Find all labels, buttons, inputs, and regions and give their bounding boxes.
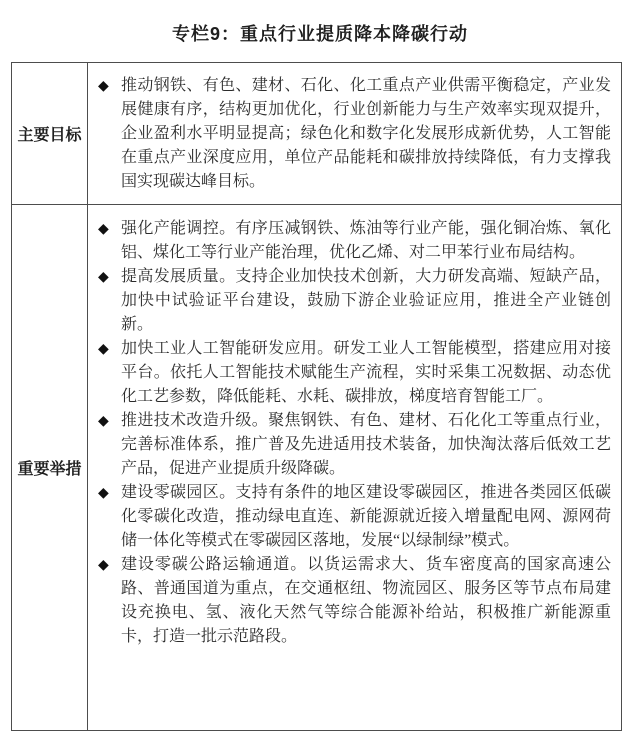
- key-measures-content: ◆ 强化产能调控。有序压减钢铁、炼油等行业产能，强化铜冶炼、氧化铝、煤化工等行业…: [88, 205, 621, 730]
- bullet-item: ◆ 强化产能调控。有序压减钢铁、炼油等行业产能，强化铜冶炼、氧化铝、煤化工等行业…: [88, 217, 621, 265]
- bullet-text: 推进技术改造升级。聚焦钢铁、有色、建材、石化化工等重点行业，完善标准体系，推广普…: [121, 409, 621, 481]
- diamond-bullet-icon: ◆: [88, 481, 121, 505]
- bullet-item: ◆ 建设零碳园区。支持有条件的地区建设零碳园区，推进各类园区低碳化零碳化改造，推…: [88, 481, 621, 553]
- bullet-text: 加快工业人工智能研发应用。研发工业人工智能模型，搭建应用对接平台。依托人工智能技…: [121, 337, 621, 409]
- bullet-item: ◆ 推动钢铁、有色、建材、石化、化工重点产业供需平衡稳定，产业发展健康有序，结构…: [88, 74, 621, 194]
- bullet-text: 推动钢铁、有色、建材、石化、化工重点产业供需平衡稳定，产业发展健康有序，结构更加…: [121, 74, 621, 194]
- diamond-bullet-icon: ◆: [88, 337, 121, 361]
- bullet-text: 建设零碳园区。支持有条件的地区建设零碳园区，推进各类园区低碳化零碳化改造，推动绿…: [121, 481, 621, 553]
- main-goals-content: ◆ 推动钢铁、有色、建材、石化、化工重点产业供需平衡稳定，产业发展健康有序，结构…: [88, 63, 621, 204]
- row-label: 重要举措: [17, 456, 81, 479]
- bullet-text: 提高发展质量。支持企业加快技术创新，大力研发高端、短缺产品，加快中试验证平台建设…: [121, 265, 621, 337]
- diamond-bullet-icon: ◆: [88, 553, 121, 577]
- table-row-key-measures: 重要举措 ◆ 强化产能调控。有序压减钢铁、炼油等行业产能，强化铜冶炼、氧化铝、煤…: [12, 204, 621, 730]
- bullet-item: ◆ 加快工业人工智能研发应用。研发工业人工智能模型，搭建应用对接平台。依托人工智…: [88, 337, 621, 409]
- bullet-item: ◆ 推进技术改造升级。聚焦钢铁、有色、建材、石化化工等重点行业，完善标准体系，推…: [88, 409, 621, 481]
- diamond-bullet-icon: ◆: [88, 74, 121, 98]
- bullet-item: ◆ 提高发展质量。支持企业加快技术创新，大力研发高端、短缺产品，加快中试验证平台…: [88, 265, 621, 337]
- row-header-main-goals: 主要目标: [12, 63, 88, 204]
- diamond-bullet-icon: ◆: [88, 409, 121, 433]
- table-row-main-goals: 主要目标 ◆ 推动钢铁、有色、建材、石化、化工重点产业供需平衡稳定，产业发展健康…: [12, 63, 621, 204]
- diamond-bullet-icon: ◆: [88, 265, 121, 289]
- bullet-item: ◆ 建设零碳公路运输通道。以货运需求大、货车密度高的国家高速公路、普通国道为重点…: [88, 553, 621, 649]
- page-title: 专栏9：重点行业提质降本降碳行动: [0, 20, 640, 46]
- bullet-text: 建设零碳公路运输通道。以货运需求大、货车密度高的国家高速公路、普通国道为重点，在…: [121, 553, 621, 649]
- document-page: 专栏9：重点行业提质降本降碳行动 主要目标 ◆ 推动钢铁、有色、建材、石化、化工…: [0, 0, 640, 746]
- bullet-text: 强化产能调控。有序压减钢铁、炼油等行业产能，强化铜冶炼、氧化铝、煤化工等行业产能…: [121, 217, 621, 265]
- row-label: 主要目标: [17, 122, 81, 145]
- diamond-bullet-icon: ◆: [88, 217, 121, 241]
- row-header-key-measures: 重要举措: [12, 205, 88, 730]
- callout-table: 主要目标 ◆ 推动钢铁、有色、建材、石化、化工重点产业供需平衡稳定，产业发展健康…: [11, 62, 622, 731]
